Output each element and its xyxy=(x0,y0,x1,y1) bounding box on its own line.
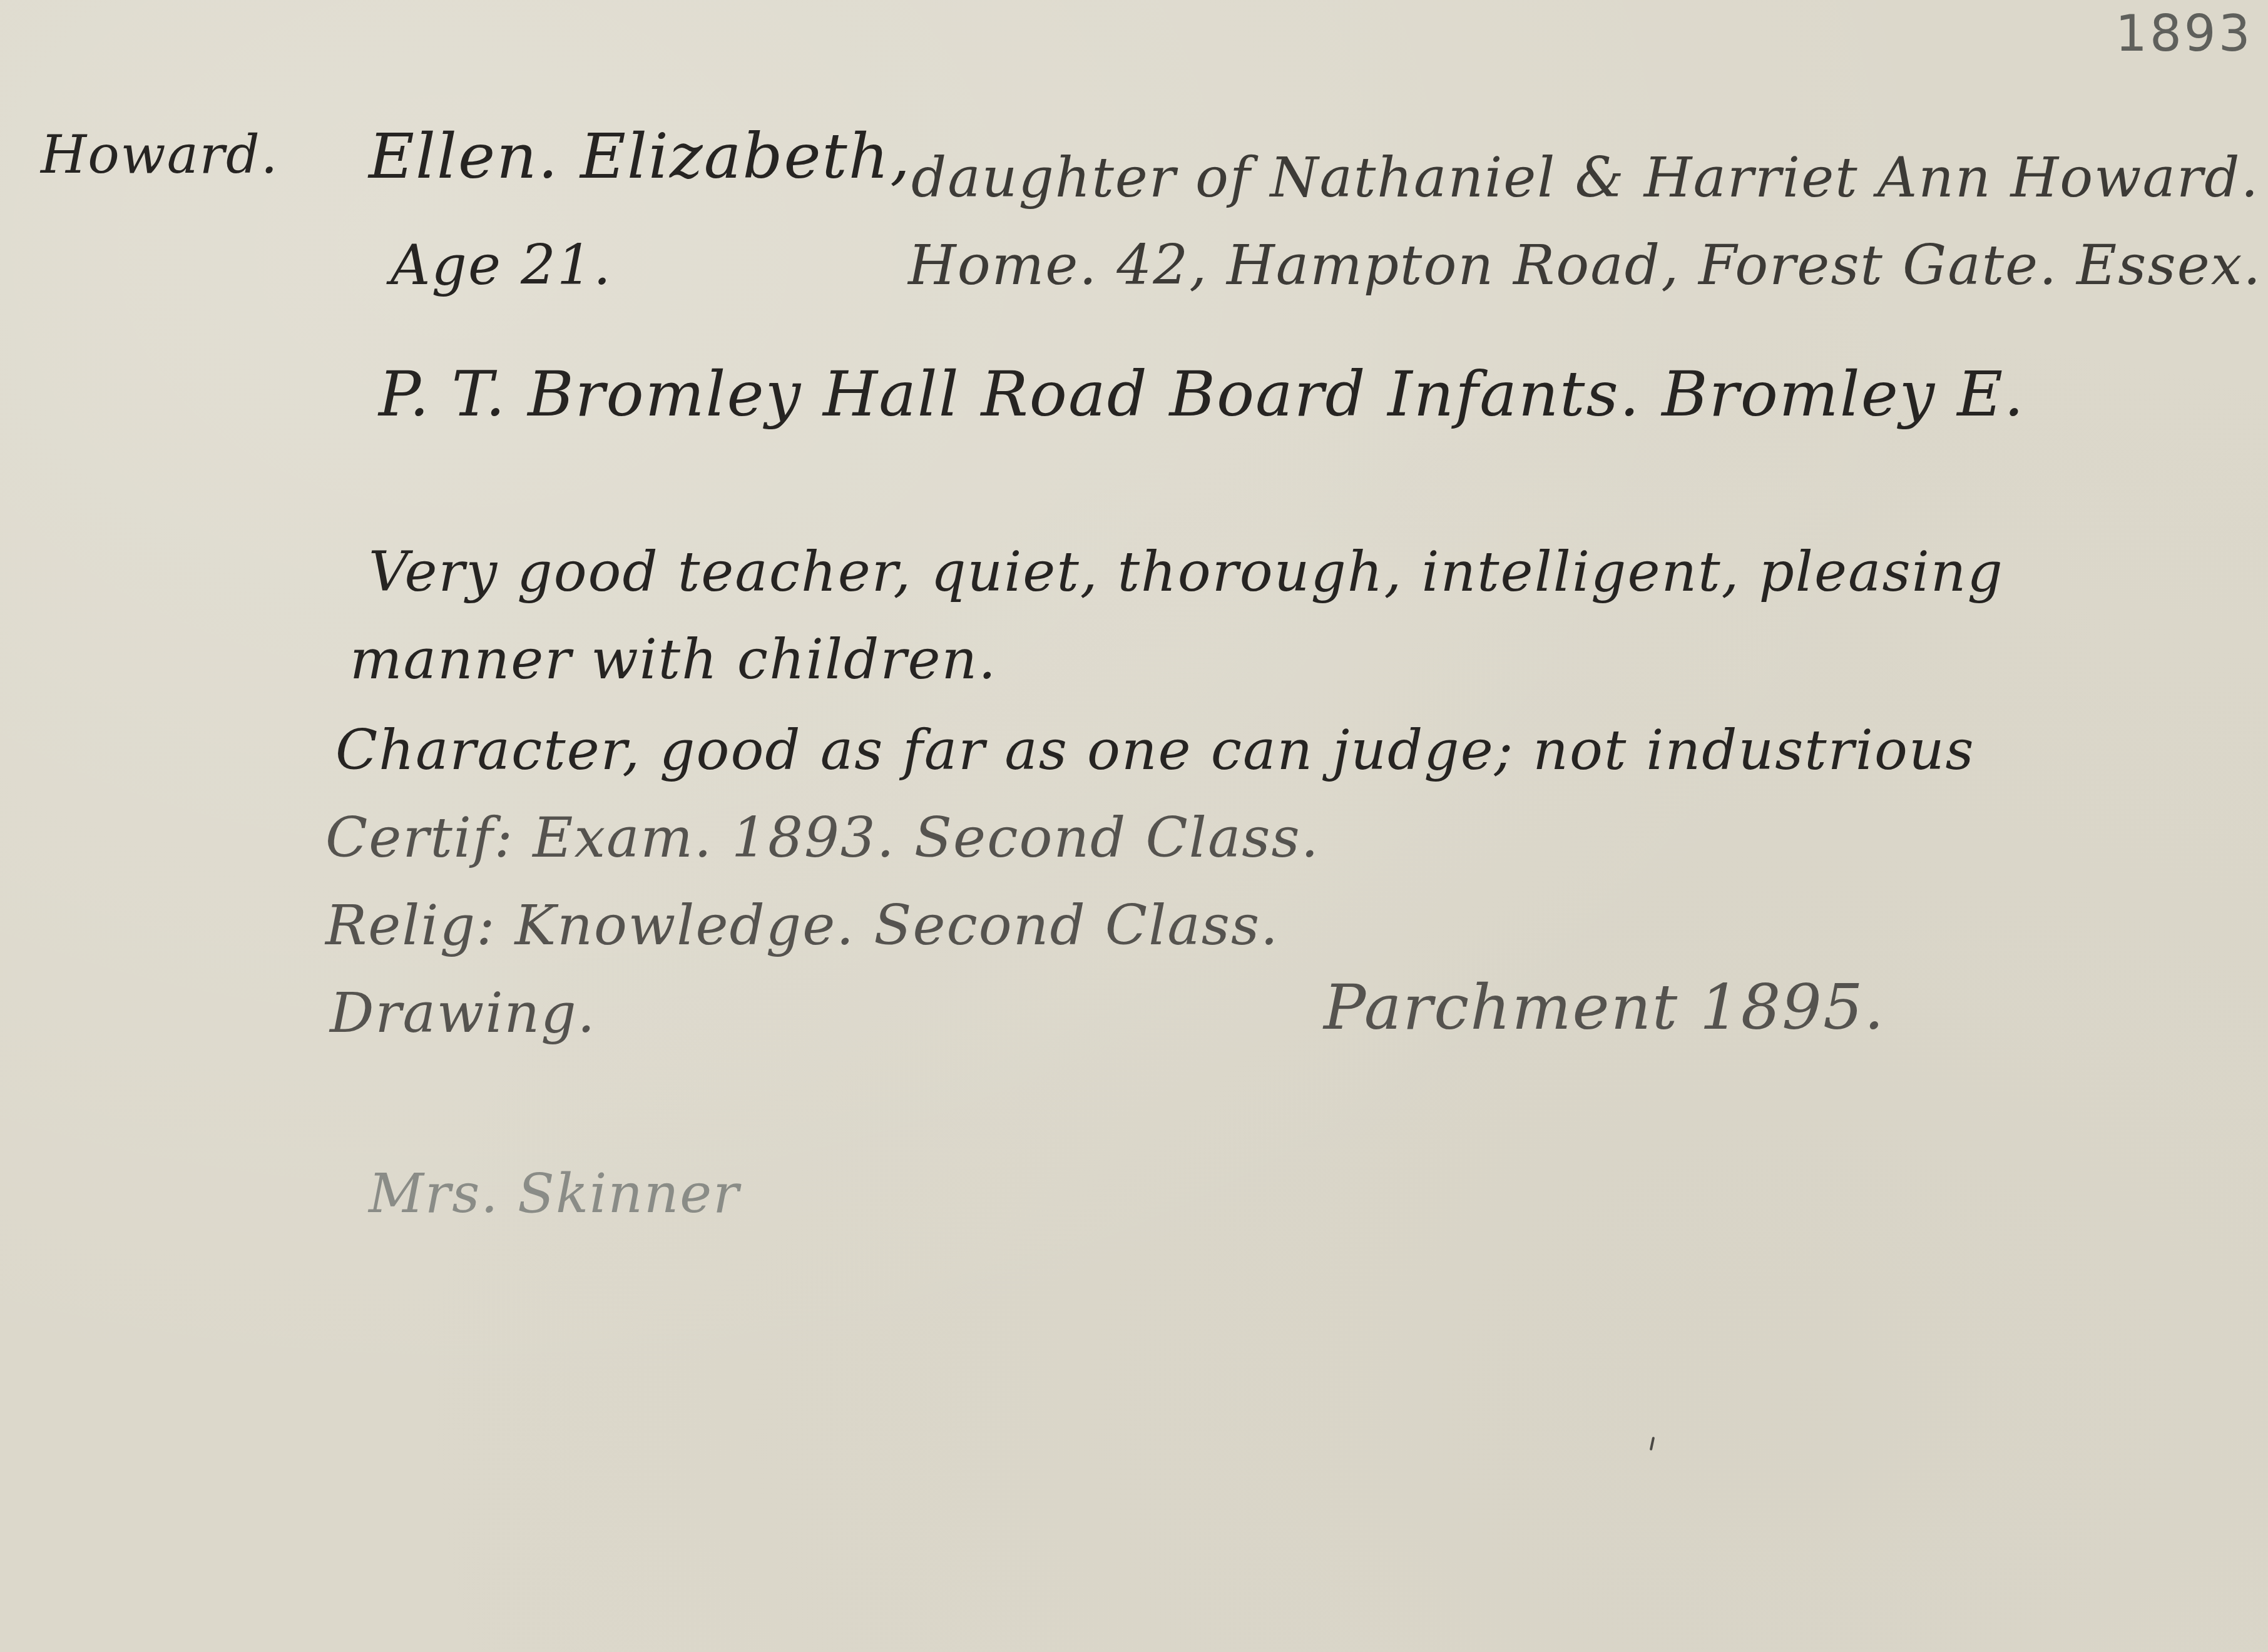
certificate-result: Certif: Exam. 1893. Second Class. xyxy=(325,810,1320,865)
stray-ink-mark xyxy=(1650,1437,1655,1451)
surname: Howard. xyxy=(41,128,278,181)
given-names: Ellen. Elizabeth, xyxy=(369,125,911,188)
religious-knowledge-result: Relig: Knowledge. Second Class. xyxy=(325,898,1279,953)
report-line-3: Character, good as far as one can judge;… xyxy=(335,723,1975,778)
signature: Mrs. Skinner xyxy=(369,1167,740,1221)
drawing-result: Drawing. xyxy=(330,986,596,1041)
document-page: 1893 Howard. Ellen. Elizabeth, daughter … xyxy=(0,0,2268,1652)
age: Age 21. xyxy=(391,238,612,293)
report-line-2: manner with children. xyxy=(350,632,997,687)
year-annotation: 1893 xyxy=(2115,9,2253,59)
parchment-result: Parchment 1895. xyxy=(1324,976,1885,1039)
report-line-1: Very good teacher, quiet, thorough, inte… xyxy=(369,544,2004,599)
parentage: daughter of Nathaniel & Harriet Ann Howa… xyxy=(911,150,2259,205)
practising-school: P. T. Bromley Hall Road Board Infants. B… xyxy=(379,363,2025,426)
home-address: Home. 42, Hampton Road, Forest Gate. Ess… xyxy=(908,238,2262,293)
